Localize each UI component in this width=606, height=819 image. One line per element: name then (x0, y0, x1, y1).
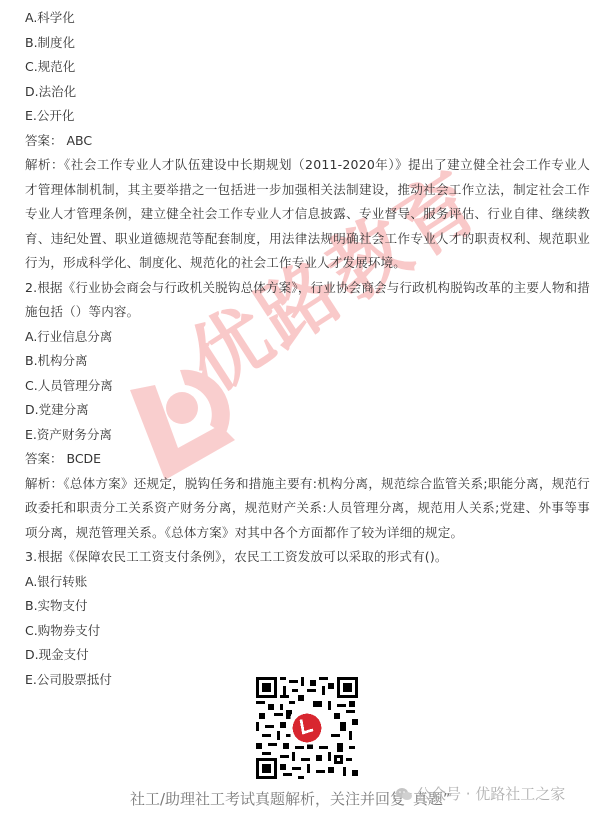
q1-options: A.科学化 B.制度化 C.规范化 D.法治化 E.公开化 (25, 6, 590, 129)
q3-question: 3.根据《保障农民工工资支付条例》，农民工工资发放可以采取的形式有()。 (25, 545, 590, 570)
q2-analysis: 解析：《总体方案》还规定，脱钩任务和措施主要有:机构分离，规范综合监管关系;职能… (25, 472, 590, 546)
q3-option-a: A.银行转账 (25, 570, 590, 595)
q2-option-e: E.资产财务分离 (25, 423, 590, 448)
wechat-icon (396, 787, 412, 801)
q1-option-d: D.法治化 (25, 80, 590, 105)
qr-code-icon (256, 677, 358, 779)
q1-option-a: A.科学化 (25, 6, 590, 31)
wechat-account-watermark: 公众号 · 优路社工之家 (396, 783, 565, 804)
q1-option-e: E.公开化 (25, 104, 590, 129)
q1-analysis: 解析：《社会工作专业人才队伍建设中长期规划（2011-2020年）》提出了建立健… (25, 153, 590, 276)
wechat-account-label: 公众号 · 优路社工之家 (416, 783, 565, 804)
q2-option-c: C.人员管理分离 (25, 374, 590, 399)
q1-answer: 答案： ABC (25, 129, 590, 154)
q1-option-c: C.规范化 (25, 55, 590, 80)
qr-code[interactable] (256, 677, 358, 779)
q3-option-d: D.现金支付 (25, 643, 590, 668)
q3-option-c: C.购物券支付 (25, 619, 590, 644)
q2-question: 2.根据《行业协会商会与行政机关脱钩总体方案》，行业协会商会与行政机构脱钩改革的… (25, 276, 590, 325)
q3-options: A.银行转账 B.实物支付 C.购物券支付 D.现金支付 E.公司股票抵付 (25, 570, 590, 693)
q2-option-d: D.党建分离 (25, 398, 590, 423)
q3-option-b: B.实物支付 (25, 594, 590, 619)
q1-option-b: B.制度化 (25, 31, 590, 56)
q2-answer: 答案： BCDE (25, 447, 590, 472)
document-body: A.科学化 B.制度化 C.规范化 D.法治化 E.公开化 答案： ABC 解析… (25, 0, 590, 692)
q2-option-b: B.机构分离 (25, 349, 590, 374)
q2-option-a: A.行业信息分离 (25, 325, 590, 350)
q2-options: A.行业信息分离 B.机构分离 C.人员管理分离 D.党建分离 E.资产财务分离 (25, 325, 590, 448)
